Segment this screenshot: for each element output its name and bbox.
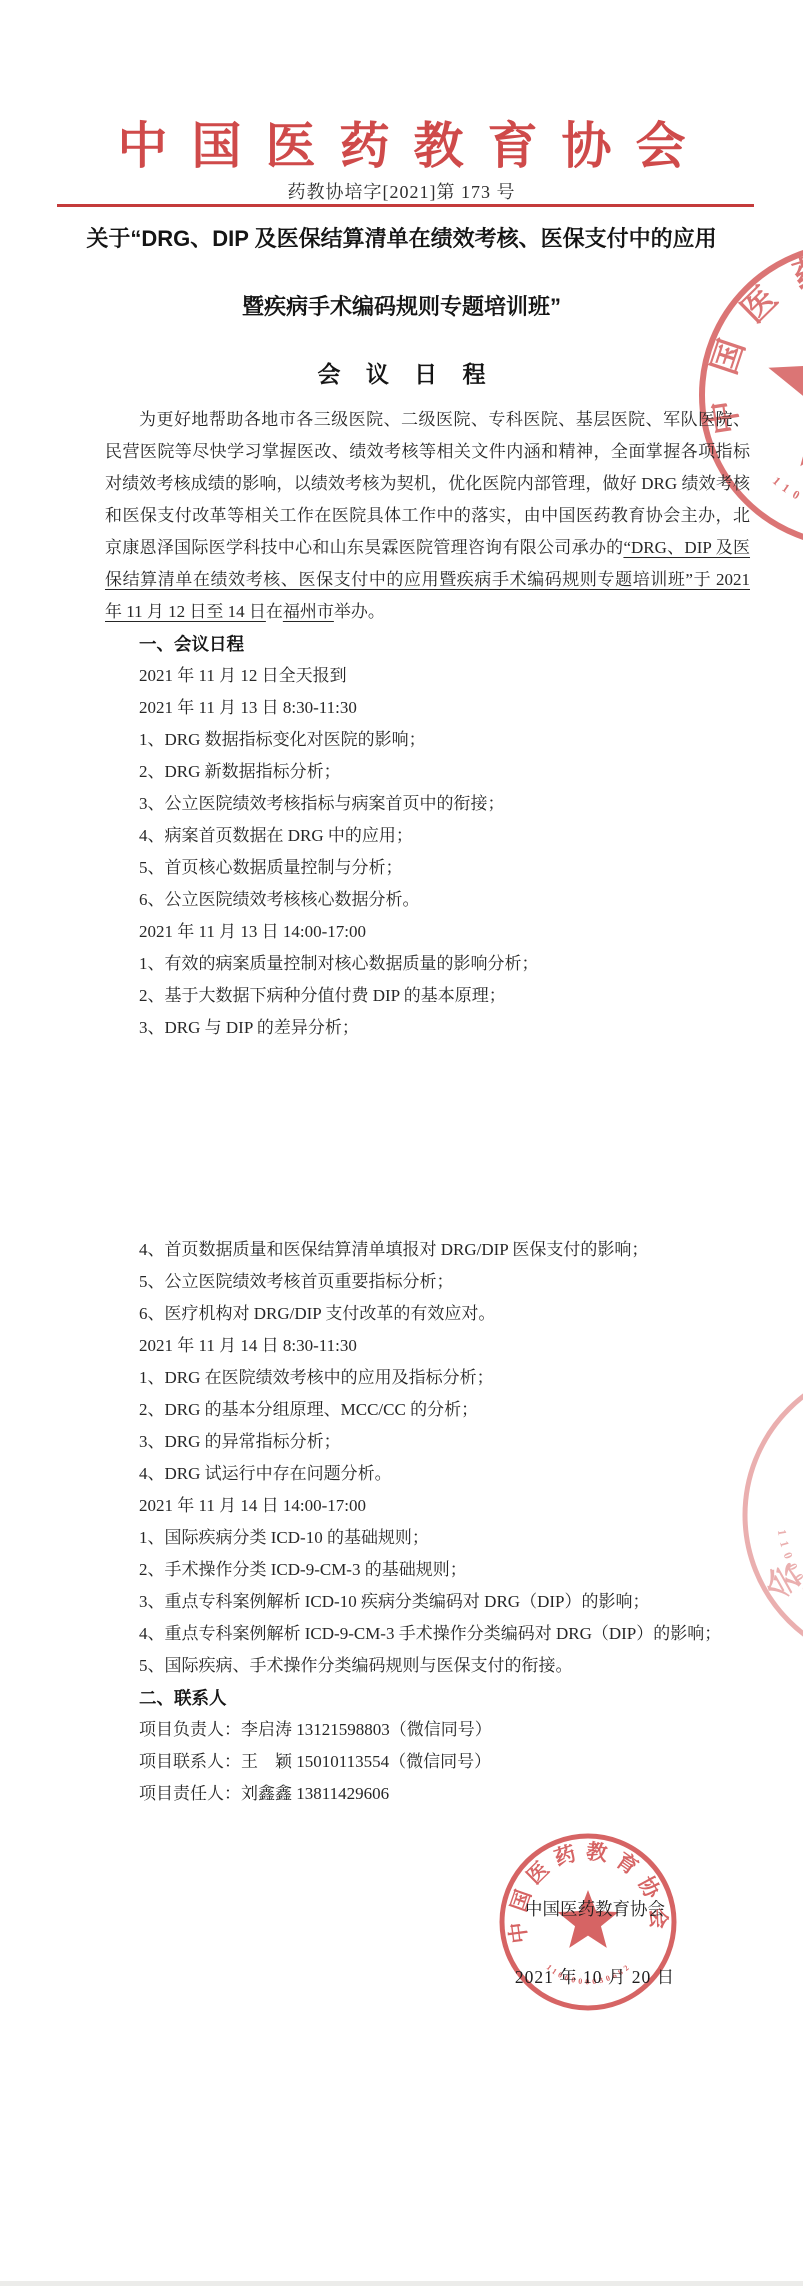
closing-block: 中国医药教育协会 2021 年 10 月 20 日 xyxy=(440,1896,750,1989)
agenda-item: 5、国际疾病、手术操作分类编码规则与医保支付的衔接。 xyxy=(139,1650,750,1682)
agenda-item: 1、有效的病案质量控制对核心数据质量的影响分析； xyxy=(139,948,750,980)
agenda-list-part2: 4、首页数据质量和医保结算清单填报对 DRG/DIP 医保支付的影响；5、公立医… xyxy=(105,1234,750,1682)
agenda-subtitle: 会议日程 xyxy=(0,356,803,389)
agenda-item: 2021 年 11 月 12 日全天报到 xyxy=(139,660,750,692)
agenda-item: 2、手术操作分类 ICD-9-CM-3 的基础规则； xyxy=(139,1554,750,1586)
notice-title-line2: 暨疾病手术编码规则专题培训班” xyxy=(0,290,803,321)
intro-text: 举办。 xyxy=(334,602,385,621)
seal-star-icon xyxy=(768,307,803,466)
agenda-item: 3、DRG 与 DIP 的差异分析； xyxy=(139,1012,750,1044)
agenda-item: 5、公立医院绩效考核首页重要指标分析； xyxy=(139,1266,750,1298)
contacts-section-heading: 二、联系人 xyxy=(139,1682,750,1714)
agenda-item: 4、重点专科案例解析 ICD-9-CM-3 手术操作分类编码对 DRG（DIP）… xyxy=(139,1618,750,1650)
agenda-item: 2、DRG 新数据指标分析； xyxy=(139,756,750,788)
contact-item: 项目联系人：王 颖 15010113554（微信同号） xyxy=(139,1746,750,1778)
agenda-item: 2、DRG 的基本分组原理、MCC/CC 的分析； xyxy=(139,1394,750,1426)
scan-edge-artifact xyxy=(0,2281,803,2286)
contact-item: 项目责任人：刘鑫鑫 13811429606 xyxy=(139,1778,750,1810)
closing-date: 2021 年 10 月 20 日 xyxy=(440,1964,750,1989)
document-number: 药教协培字[2021]第 173 号 xyxy=(0,178,803,204)
agenda-item: 2021 年 11 月 14 日 14:00-17:00 xyxy=(139,1490,750,1522)
agenda-item: 2021 年 11 月 13 日 8:30-11:30 xyxy=(139,692,750,724)
document-page: 中国医药教育协会 1100000030682 中国医药教育协会 11000000… xyxy=(0,0,803,2290)
letterhead-org-name: 中国医药教育协会 xyxy=(0,106,803,178)
seal-arc-text: 中国医药教育协会 xyxy=(746,1404,803,1680)
seal-ring xyxy=(745,1365,803,1665)
agenda-item: 1、国际疾病分类 ICD-10 的基础规则； xyxy=(139,1522,750,1554)
intro-underlined-text: 福州市 xyxy=(283,602,334,621)
agenda-section-heading: 一、会议日程 xyxy=(139,628,750,660)
page-break-gap xyxy=(105,1044,750,1234)
letterhead-divider xyxy=(57,204,754,207)
agenda-item: 3、DRG 的异常指标分析； xyxy=(139,1426,750,1458)
closing-org-name: 中国医药教育协会 xyxy=(440,1896,750,1921)
agenda-item: 6、医疗机构对 DRG/DIP 支付改革的有效应对。 xyxy=(139,1298,750,1330)
svg-text:1100000030682: 1100000030682 xyxy=(770,474,803,517)
agenda-item: 3、重点专科案例解析 ICD-10 疾病分类编码对 DRG（DIP）的影响； xyxy=(139,1586,750,1618)
agenda-item: 4、首页数据质量和医保结算清单填报对 DRG/DIP 医保支付的影响； xyxy=(139,1234,750,1266)
intro-text: 为更好地帮助各地市各三级医院、二级医院、专科医院、基层医院、军队医院、民营医院等… xyxy=(105,410,750,557)
intro-text: 在 xyxy=(266,602,283,621)
agenda-list-part1: 2021 年 11 月 12 日全天报到2021 年 11 月 13 日 8:3… xyxy=(105,660,750,1044)
agenda-item: 5、首页核心数据质量控制与分析； xyxy=(139,852,750,884)
document-body: 为更好地帮助各地市各三级医院、二级医院、专科医院、基层医院、军队医院、民营医院等… xyxy=(105,404,750,1810)
agenda-item: 4、DRG 试运行中存在问题分析。 xyxy=(139,1458,750,1490)
agenda-item: 4、病案首页数据在 DRG 中的应用； xyxy=(139,820,750,852)
agenda-item: 1、DRG 数据指标变化对医院的影响； xyxy=(139,724,750,756)
agenda-item: 6、公立医院绩效考核核心数据分析。 xyxy=(139,884,750,916)
contact-item: 项目负责人：李启涛 13121598803（微信同号） xyxy=(139,1714,750,1746)
agenda-item: 2、基于大数据下病种分值付费 DIP 的基本原理； xyxy=(139,980,750,1012)
intro-paragraph: 为更好地帮助各地市各三级医院、二级医院、专科医院、基层医院、军队医院、民营医院等… xyxy=(105,404,750,628)
contacts-list: 项目负责人：李启涛 13121598803（微信同号）项目联系人：王 颖 150… xyxy=(105,1714,750,1810)
seal-code: 1100000030682 xyxy=(770,474,803,517)
svg-text:中国医药教育协会: 中国医药教育协会 xyxy=(746,1404,803,1680)
agenda-item: 2021 年 11 月 14 日 8:30-11:30 xyxy=(139,1330,750,1362)
agenda-item: 1、DRG 在医院绩效考核中的应用及指标分析； xyxy=(139,1362,750,1394)
agenda-item: 2021 年 11 月 13 日 14:00-17:00 xyxy=(139,916,750,948)
agenda-item: 3、公立医院绩效考核指标与病案首页中的衔接； xyxy=(139,788,750,820)
notice-title-line1: 关于“DRG、DIP 及医保结算清单在绩效考核、医保支付中的应用 xyxy=(0,222,803,253)
